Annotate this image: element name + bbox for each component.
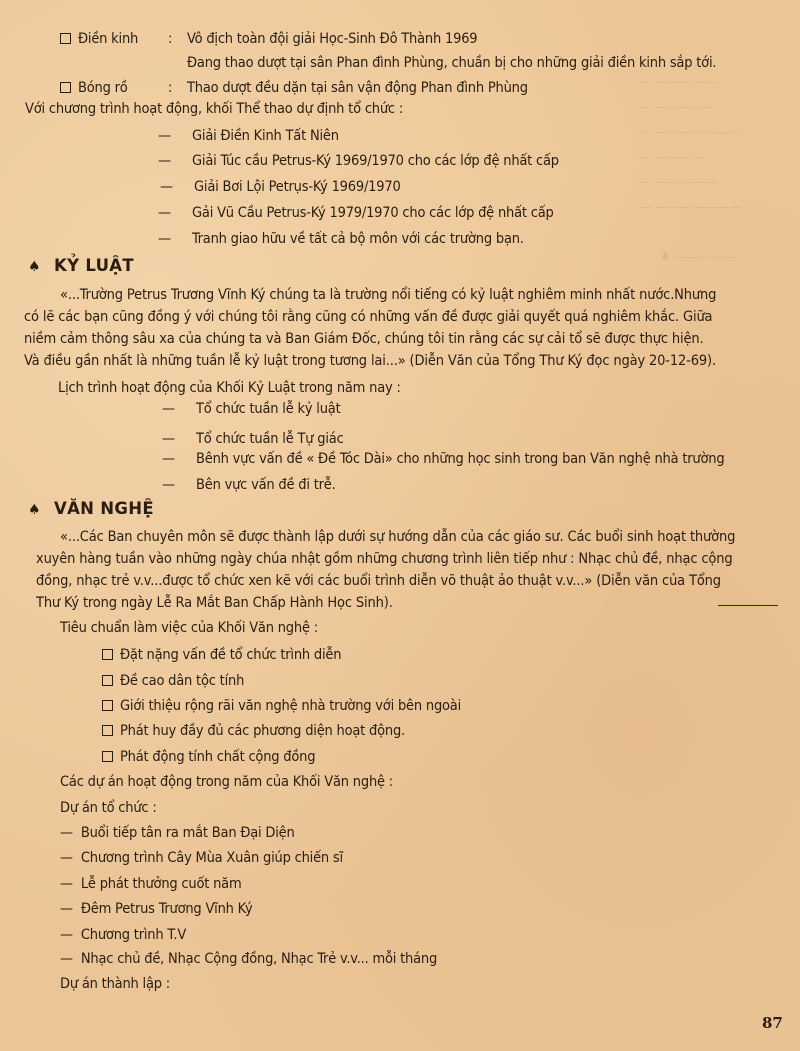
- sport-detail: Vô địch toàn đội giải Học-Sinh Đô Thành …: [187, 31, 477, 47]
- checkbox-icon: [60, 82, 71, 93]
- sport-item-track: Điền kinh: [60, 31, 138, 47]
- arts-criteria-intro: Tiêu chuẩn làm việc của Khối Văn nghệ :: [60, 620, 318, 636]
- bleed-through-texture: — —————: [640, 100, 714, 115]
- dash-bullet: —: [162, 431, 196, 447]
- dash-bullet: —: [162, 401, 196, 417]
- sports-plan-item: —Giải Bơi Lội Petrụs-Ký 1969/1970: [160, 179, 401, 195]
- arts-org-project: —Chương trình Cây Mùa Xuân giúp chiến sĩ: [60, 850, 343, 866]
- arts-criteria-item: Phát huy đầy đủ các phương diện hoạt độn…: [102, 723, 405, 739]
- dash-bullet: —: [158, 128, 192, 144]
- checkbox-icon: [102, 751, 113, 762]
- dash-bullet: —: [158, 153, 192, 169]
- sports-plan-item: —Tranh giao hữu về tất cả bộ môn với các…: [158, 231, 524, 247]
- sport-label: Bóng rồ: [78, 80, 128, 96]
- spade-icon: ♠: [28, 259, 54, 275]
- discipline-schedule-item: —Tổ chức tuần lễ Tự giác: [162, 431, 344, 447]
- bleed-through-texture: ♠ ——— ——: [660, 250, 736, 265]
- dash-bullet: —: [60, 876, 73, 892]
- arts-org-project: —Chương trình T.V: [60, 927, 186, 943]
- checkbox-icon: [102, 725, 113, 736]
- sport-separator: :: [168, 31, 172, 47]
- arts-criteria-item: Đặt nặng vấn đề tổ chức trình diễn: [102, 647, 341, 663]
- discipline-title: KỶ LUẬT: [54, 256, 134, 275]
- page-number: 87: [762, 1014, 783, 1032]
- arts-org-title: Dự án tổ chức :: [60, 800, 157, 816]
- dash-bullet: —: [60, 927, 73, 943]
- arts-org-project: —Đêm Petrus Trương Vĩnh Ký: [60, 901, 253, 917]
- dash-bullet: —: [158, 205, 192, 221]
- bleed-through-texture: — ——— ————: [640, 200, 741, 215]
- sport-detail: Thao dượt đều dặn tại sân vận động Phan …: [187, 80, 528, 96]
- discipline-schedule-item: —Tổ chức tuần lễ kỷ luật: [162, 401, 341, 417]
- dash-bullet: —: [162, 477, 196, 493]
- sport-detail: Đang thao dượt tại sân Phan đình Phùng, …: [187, 55, 716, 71]
- dash-bullet: —: [60, 901, 73, 917]
- arts-org-project: —Nhạc chủ đề, Nhạc Cộng đồng, Nhạc Trẻ v…: [60, 951, 437, 967]
- sports-plan-item: —Giải Túc cầu Petrus-Ký 1969/1970 cho cá…: [158, 153, 559, 169]
- bleed-through-texture: — —— ———: [640, 175, 718, 190]
- bleed-through-texture: — ———— ———: [640, 125, 741, 140]
- arts-criteria-item: Phát động tính chất cộng đồng: [102, 749, 315, 765]
- arts-org-project: —Buổi tiếp tân ra mắt Ban Đại Diện: [60, 825, 295, 841]
- discipline-schedule-intro: Lịch trình hoạt động của Khối Kỷ Luật tr…: [58, 380, 401, 396]
- sport-label: Điền kinh: [78, 31, 138, 47]
- checkbox-icon: [60, 33, 71, 44]
- discipline-schedule-item: —Bên vực vấn đề đi trễ.: [162, 477, 336, 493]
- sports-plan-item: —Gải Vũ Cầu Petrus-Ký 1979/1970 cho các …: [158, 205, 554, 221]
- checkbox-icon: [102, 649, 113, 660]
- arts-org-project: —Lễ phát thưởng cuốt năm: [60, 876, 241, 892]
- checkbox-icon: [102, 675, 113, 686]
- arts-founding-title: Dự án thành lập :: [60, 976, 170, 992]
- discipline-schedule-item: —Bênh vực vấn đề « Đề Tóc Dài» cho những…: [162, 451, 724, 467]
- section-heading: ♠KỶ LUẬT: [28, 256, 134, 275]
- arts-projects-intro: Các dự án hoạt động trong năm của Khối V…: [60, 774, 393, 790]
- bleed-through-texture: — ——— ——: [640, 75, 718, 90]
- arts-criteria-item: Giới thiệu rộng rãi văn nghệ nhà trường …: [102, 698, 461, 714]
- dash-bullet: —: [160, 179, 194, 195]
- arts-quote: «...Các Ban chuyên môn sẽ được thành lập…: [36, 526, 735, 614]
- dash-bullet: —: [60, 850, 73, 866]
- dash-bullet: —: [158, 231, 192, 247]
- sport-item-basketball: Bóng rồ: [60, 80, 128, 96]
- section-heading: ♠VĂN NGHỆ: [28, 499, 154, 518]
- arts-title: VĂN NGHỆ: [54, 499, 154, 518]
- checkbox-icon: [102, 700, 113, 711]
- spade-icon: ♠: [28, 502, 54, 518]
- sports-plan-item: —Giải Điền Kinh Tất Niên: [158, 128, 339, 144]
- dash-bullet: —: [162, 451, 196, 467]
- sport-separator: :: [168, 80, 172, 96]
- divider-rule: [718, 605, 778, 606]
- sports-intro: Với chương trình hoạt động, khối Thể tha…: [25, 101, 403, 117]
- dash-bullet: —: [60, 825, 73, 841]
- bleed-through-texture: — ——— —: [640, 150, 706, 165]
- arts-criteria-item: Đề cao dân tộc tính: [102, 673, 244, 689]
- discipline-quote: «...Trường Petrus Trương Vĩnh Ký chúng t…: [24, 284, 716, 372]
- dash-bullet: —: [60, 951, 73, 967]
